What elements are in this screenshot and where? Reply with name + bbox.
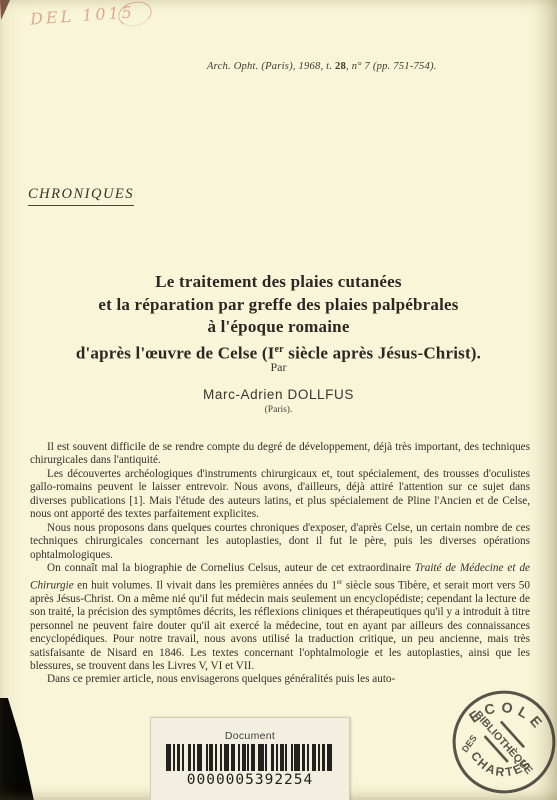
text-segment: en huit volumes. Il vivait dans les prem… bbox=[74, 579, 337, 591]
citation-pre: Arch. Opht. (Paris), 1968, t. bbox=[207, 61, 335, 72]
section-heading: CHRONIQUES bbox=[28, 186, 134, 206]
scan-corner-mark bbox=[0, 0, 10, 20]
text-segment: Les découvertes archéologiques d'instrum… bbox=[30, 468, 530, 520]
byline-par: Par bbox=[0, 360, 557, 375]
citation-post: , n° 7 (pp. 751-754). bbox=[346, 61, 437, 72]
title-line-1: Le traitement des plaies cutanées bbox=[0, 271, 557, 294]
article-title: Le traitement des plaies cutanées et la … bbox=[0, 271, 557, 365]
paragraph: On connaît mal la biographie de Corneliu… bbox=[30, 562, 530, 673]
title-line-3: à l'époque romaine bbox=[0, 316, 557, 339]
text-segment: Dans ce premier article, nous envisagero… bbox=[47, 673, 395, 685]
text-segment: Il est souvent difficile de se rendre co… bbox=[30, 441, 530, 466]
paragraph: Il est souvent difficile de se rendre co… bbox=[30, 441, 530, 468]
text-segment: siècle sous Tibère, et serait mort vers … bbox=[30, 579, 530, 672]
body-text: Il est souvent difficile de se rendre co… bbox=[30, 441, 530, 687]
title-line4-superscript: er bbox=[275, 344, 284, 355]
barcode-number: 0000005392254 bbox=[151, 772, 349, 788]
paragraph: Nous nous proposons dans quelques courte… bbox=[30, 522, 530, 562]
stamp-text-left: DES bbox=[460, 733, 479, 754]
library-round-stamp: ECOLE CHARTES DES BIBLIOTHÈQUE bbox=[441, 679, 557, 800]
barcode-gap bbox=[332, 744, 334, 771]
author-place: (Paris). bbox=[0, 405, 557, 415]
citation-volume: 28 bbox=[335, 61, 346, 72]
text-segment: On connaît mal la biographie de Corneliu… bbox=[47, 562, 415, 574]
barcode-sticker: Document 0000005392254 bbox=[150, 717, 350, 800]
scan-corner-shadow bbox=[0, 698, 36, 800]
journal-citation: Arch. Opht. (Paris), 1968, t. 28, n° 7 (… bbox=[207, 61, 437, 72]
sticker-label: Document bbox=[151, 730, 349, 742]
text-segment: Nous nous proposons dans quelques courte… bbox=[30, 522, 530, 561]
scanned-document-page: DEL 1015 Arch. Opht. (Paris), 1968, t. 2… bbox=[0, 0, 557, 800]
author-name: Marc-Adrien DOLLFUS bbox=[0, 387, 557, 402]
title-line-2: et la réparation par greffe des plaies p… bbox=[0, 294, 557, 317]
paragraph: Les découvertes archéologiques d'instrum… bbox=[30, 468, 530, 522]
barcode bbox=[166, 744, 334, 771]
